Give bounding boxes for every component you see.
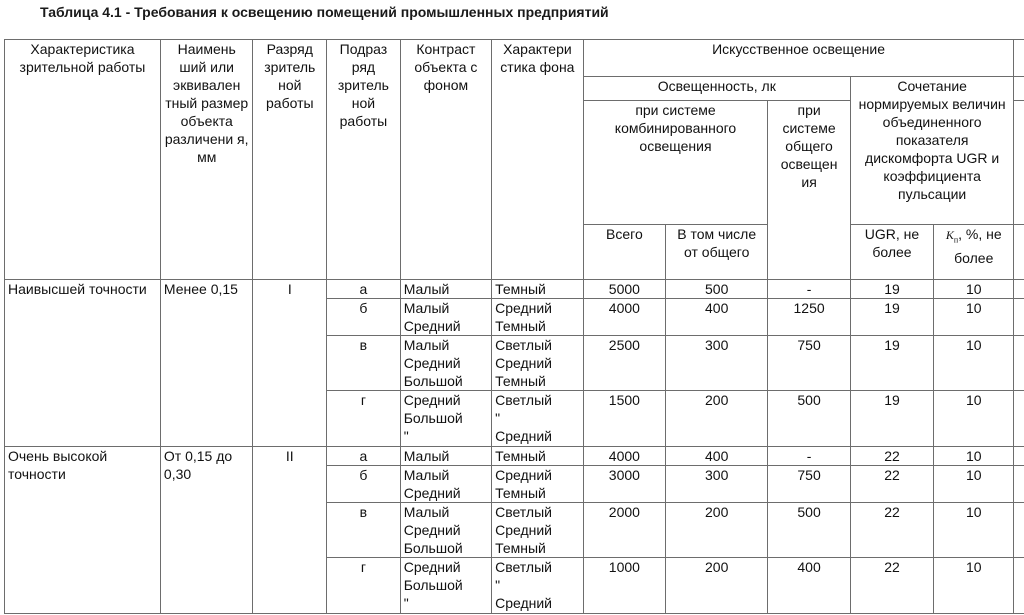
header-contrast: Контраст объекта с фоном [400, 40, 491, 280]
header-cutoff [1014, 101, 1024, 225]
cell-of-general: 500 [666, 280, 768, 299]
cell-cutoff [1014, 447, 1024, 466]
table-body: Характеристика зрительной работы Наимень… [5, 40, 1024, 614]
cell-ugr: 19 [850, 280, 933, 299]
cell-background: Светлый Средний Темный [492, 503, 584, 558]
cell-subcategory: а [327, 280, 401, 299]
cell-kp: 10 [934, 391, 1014, 447]
cell-ugr: 19 [850, 336, 933, 391]
cell-contrast: Малый Средний Большой [400, 336, 491, 391]
header-object-size: Наимень ший или эквивален тный размер об… [160, 40, 253, 280]
cell-kp: 10 [934, 299, 1014, 336]
cell-total: 4000 [583, 299, 665, 336]
cell-kp: 10 [934, 558, 1014, 614]
cell-subcategory: в [327, 503, 401, 558]
cell-work-category: II [253, 447, 327, 614]
cell-subcategory: г [327, 391, 401, 447]
cell-total: 1500 [583, 391, 665, 447]
cell-kp: 10 [934, 280, 1014, 299]
cell-ugr: 22 [850, 558, 933, 614]
cell-cutoff [1014, 558, 1024, 614]
table-row: Наивысшей точностиМенее 0,15IаМалыйТемны… [5, 280, 1024, 299]
header-ugr: UGR, не более [850, 225, 933, 280]
header-ugr-combination: Сочетание нормируемых величин объединенн… [850, 77, 1014, 225]
cell-contrast: Малый Средний [400, 299, 491, 336]
header-general-system: при системе общего освещен ия [768, 101, 851, 280]
header-total: Всего [583, 225, 665, 280]
lighting-requirements-table: Характеристика зрительной работы Наимень… [4, 39, 1024, 614]
cell-ugr: 19 [850, 299, 933, 336]
cell-subcategory: в [327, 336, 401, 391]
header-work-category: Разряд зритель ной работы [253, 40, 327, 280]
table-row: Очень высокой точностиОт 0,15 до 0,30IIа… [5, 447, 1024, 466]
header-cutoff [1014, 77, 1024, 101]
lighting-requirements-table-wrap: Характеристика зрительной работы Наимень… [4, 39, 1024, 614]
cell-general: - [768, 280, 851, 299]
cell-of-general: 200 [666, 503, 768, 558]
cell-general: 500 [768, 391, 851, 447]
cell-background: Темный [492, 447, 584, 466]
cell-visual-work: Очень высокой точности [5, 447, 161, 614]
header-cutoff [1014, 40, 1024, 77]
cell-kp: 10 [934, 503, 1014, 558]
cell-contrast: Малый [400, 280, 491, 299]
cell-general: 750 [768, 336, 851, 391]
cell-total: 1000 [583, 558, 665, 614]
cell-cutoff [1014, 391, 1024, 447]
cell-kp: 10 [934, 336, 1014, 391]
cell-contrast: Малый [400, 447, 491, 466]
cell-background: Средний Темный [492, 466, 584, 503]
table-caption: Таблица 4.1 - Требования к освещению пом… [40, 4, 609, 20]
cell-ugr: 19 [850, 391, 933, 447]
cell-contrast: Малый Средний Большой [400, 503, 491, 558]
cell-general: 1250 [768, 299, 851, 336]
cell-cutoff [1014, 280, 1024, 299]
header-illuminance: Освещенность, лк [583, 77, 850, 101]
cell-background: Светлый Средний Темный [492, 336, 584, 391]
cell-cutoff [1014, 466, 1024, 503]
cell-ugr: 22 [850, 447, 933, 466]
cell-cutoff [1014, 299, 1024, 336]
cell-total: 2500 [583, 336, 665, 391]
cell-total: 4000 [583, 447, 665, 466]
cell-of-general: 200 [666, 558, 768, 614]
cell-background: Темный [492, 280, 584, 299]
cell-cutoff [1014, 503, 1024, 558]
cell-general: 750 [768, 466, 851, 503]
cell-total: 2000 [583, 503, 665, 558]
cell-subcategory: а [327, 447, 401, 466]
cell-of-general: 400 [666, 299, 768, 336]
header-combined-system: при системе комбинированного освещения [583, 101, 768, 225]
header-visual-work: Характеристика зрительной работы [5, 40, 161, 280]
cell-subcategory: б [327, 299, 401, 336]
cell-kp: 10 [934, 447, 1014, 466]
cell-general: 400 [768, 558, 851, 614]
cell-of-general: 300 [666, 336, 768, 391]
cell-visual-work: Наивысшей точности [5, 280, 161, 447]
cell-background: Средний Темный [492, 299, 584, 336]
header-cutoff [1014, 225, 1024, 280]
cell-work-category: I [253, 280, 327, 447]
cell-general: 500 [768, 503, 851, 558]
cell-kp: 10 [934, 466, 1014, 503]
header-work-subcategory: Подраз ряд зритель ной работы [327, 40, 401, 280]
cell-cutoff [1014, 336, 1024, 391]
cell-total: 5000 [583, 280, 665, 299]
cell-of-general: 200 [666, 391, 768, 447]
cell-object-size: От 0,15 до 0,30 [160, 447, 253, 614]
cell-total: 3000 [583, 466, 665, 503]
cell-general: - [768, 447, 851, 466]
header-of-general: В том числе от общего [666, 225, 768, 280]
cell-background: Светлый " Средний [492, 558, 584, 614]
cell-background: Светлый " Средний [492, 391, 584, 447]
cell-contrast: Средний Большой " [400, 391, 491, 447]
header-background: Характери стика фона [492, 40, 584, 280]
cell-object-size: Менее 0,15 [160, 280, 253, 447]
cell-contrast: Малый Средний [400, 466, 491, 503]
header-artificial-lighting: Искусственное освещение [583, 40, 1014, 77]
cell-contrast: Средний Большой " [400, 558, 491, 614]
cell-of-general: 300 [666, 466, 768, 503]
cell-ugr: 22 [850, 503, 933, 558]
cell-ugr: 22 [850, 466, 933, 503]
header-row-1: Характеристика зрительной работы Наимень… [5, 40, 1024, 77]
cell-of-general: 400 [666, 447, 768, 466]
header-kp: Kп, %, не более [934, 225, 1014, 280]
cell-subcategory: б [327, 466, 401, 503]
cell-subcategory: г [327, 558, 401, 614]
kp-symbol: Kп [946, 228, 958, 242]
